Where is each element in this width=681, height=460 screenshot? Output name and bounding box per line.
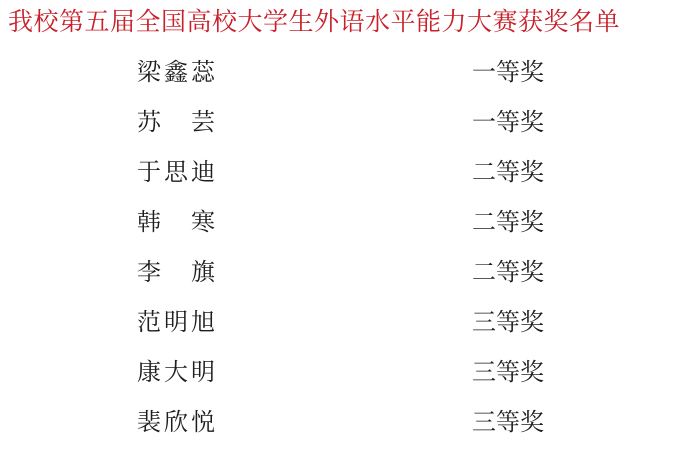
name-char: 悦 <box>191 402 215 442</box>
list-item: 苏 芸 一等奖 <box>0 102 681 142</box>
name-char: 明 <box>191 352 215 392</box>
name-char: 芸 <box>191 102 215 142</box>
list-item: 于 思 迪 二等奖 <box>0 152 681 192</box>
award-level: 三等奖 <box>472 352 544 392</box>
name-char: 李 <box>137 252 161 292</box>
page-title: 我校第五届全国高校大学生外语水平能力大赛获奖名单 <box>8 5 620 39</box>
name-char: 梁 <box>137 52 161 92</box>
name-char: 康 <box>137 352 161 392</box>
name-char: 韩 <box>137 202 161 242</box>
name-char: 范 <box>137 302 161 342</box>
award-level: 二等奖 <box>472 202 544 242</box>
winner-name: 韩 寒 <box>137 202 215 242</box>
name-char: 思 <box>164 152 188 192</box>
list-item: 韩 寒 二等奖 <box>0 202 681 242</box>
winner-name: 苏 芸 <box>137 102 215 142</box>
name-char: 旭 <box>191 302 215 342</box>
winner-name: 裴 欣 悦 <box>137 402 215 442</box>
winner-name: 于 思 迪 <box>137 152 215 192</box>
winner-name: 范 明 旭 <box>137 302 215 342</box>
name-char: 迪 <box>191 152 215 192</box>
name-char: 蕊 <box>191 52 215 92</box>
award-level: 二等奖 <box>472 252 544 292</box>
winner-name: 梁 鑫 蕊 <box>137 52 215 92</box>
name-char: 旗 <box>191 252 215 292</box>
award-level: 三等奖 <box>472 402 544 442</box>
list-item: 康 大 明 三等奖 <box>0 352 681 392</box>
list-item: 梁 鑫 蕊 一等奖 <box>0 52 681 92</box>
name-char: 裴 <box>137 402 161 442</box>
name-char: 寒 <box>191 202 215 242</box>
winner-name: 李 旗 <box>137 252 215 292</box>
name-char: 大 <box>164 352 188 392</box>
list-item: 裴 欣 悦 三等奖 <box>0 402 681 442</box>
list-item: 李 旗 二等奖 <box>0 252 681 292</box>
award-level: 一等奖 <box>472 52 544 92</box>
name-char: 苏 <box>137 102 161 142</box>
winner-name: 康 大 明 <box>137 352 215 392</box>
list-item: 范 明 旭 三等奖 <box>0 302 681 342</box>
name-char: 于 <box>137 152 161 192</box>
award-level: 三等奖 <box>472 302 544 342</box>
name-char: 明 <box>164 302 188 342</box>
award-level: 一等奖 <box>472 102 544 142</box>
name-char: 欣 <box>164 402 188 442</box>
award-level: 二等奖 <box>472 152 544 192</box>
name-char: 鑫 <box>164 52 188 92</box>
